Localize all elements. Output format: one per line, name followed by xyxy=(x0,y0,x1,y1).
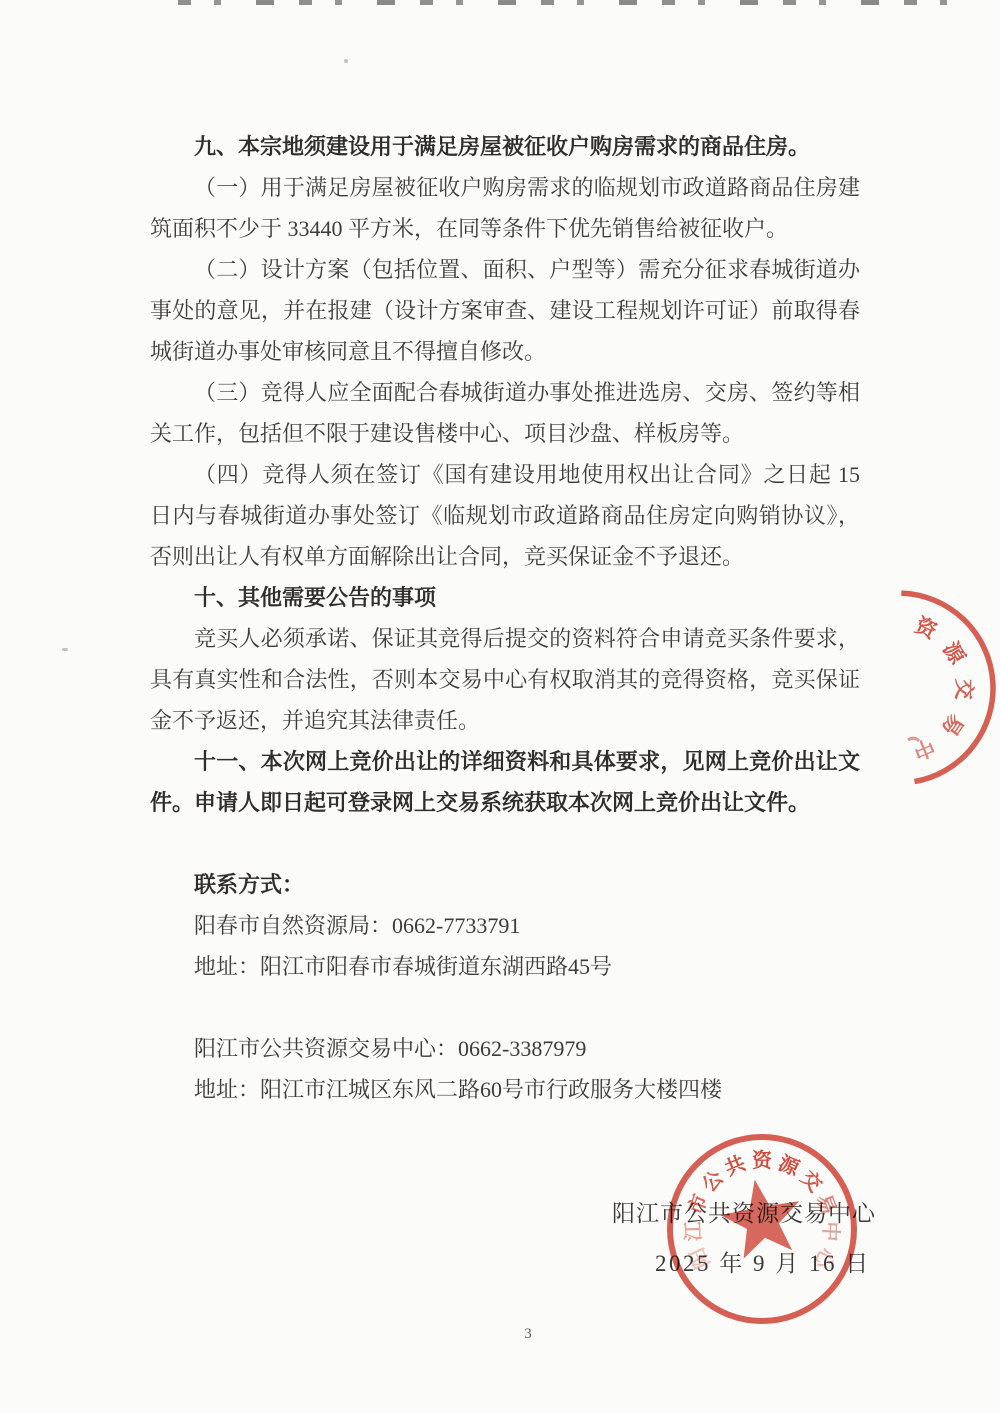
seal-arc-char: 资 xyxy=(911,613,941,644)
seal-arc-char: 资 xyxy=(752,1148,773,1172)
blank-line xyxy=(150,987,860,1028)
section-9-heading: 九、本宗地须建设用于满足房屋被征收户购房需求的商品住房。 xyxy=(150,126,860,167)
clause-4-paragraph: （四）竞得人须在签订《国有建设用地使用权出让合同》之日起 15 日内与春城街道办… xyxy=(150,454,860,577)
blank-line xyxy=(150,823,860,864)
seal-arc-char: 源 xyxy=(938,638,970,669)
seal-arc-char: 中 xyxy=(819,1221,844,1242)
scan-speck xyxy=(344,59,348,63)
contact-yangchun-phone: 阳春市自然资源局：0662-7733791 xyxy=(150,905,860,946)
section-10-paragraph: 竞买人必须承诺、保证其竞得后提交的资料符合申请竞买条件要求，具有真实性和合法性，… xyxy=(150,618,860,741)
seal-bottom: 阳 江 市 公 共 资 源 交 易 中 心 xyxy=(632,1099,892,1359)
star-icon xyxy=(715,1173,807,1262)
clause-3-paragraph: （三）竞得人应全面配合春城街道办事处推进选房、交房、签约等相关工作，包括但不限于… xyxy=(150,372,860,454)
clause-2-paragraph: （二）设计方案（包括位置、面积、户型等）需充分征求春城街道办事处的意见，并在报建… xyxy=(150,249,860,372)
contact-heading: 联系方式： xyxy=(150,864,860,905)
scan-speck xyxy=(62,648,68,651)
seal-arc-char: 共 xyxy=(721,1151,749,1181)
seal-right-partial: 资 源 交 易 中 xyxy=(790,580,1000,795)
seal-arc-char: 源 xyxy=(775,1151,803,1180)
seal-arc-char: 公 xyxy=(698,1166,729,1197)
seal-arc-char: 心 xyxy=(809,1244,839,1273)
clause-1-paragraph: （一）用于满足房屋被征收户购房需求的临规划市政道路商品住房建筑面积不少于 334… xyxy=(150,167,860,249)
section-10-heading: 十、其他需要公告的事项 xyxy=(150,577,860,618)
seal-arc-char: 交 xyxy=(952,678,976,699)
seal-arc-char: 易 xyxy=(812,1191,841,1218)
seal-arc-char: 易 xyxy=(937,709,969,740)
seal-arc-char: 阳 xyxy=(685,1244,714,1272)
document-page: 九、本宗地须建设用于满足房屋被征收户购房需求的商品住房。 （一）用于满足房屋被征… xyxy=(0,0,1000,1413)
seal-arc-char: 交 xyxy=(796,1166,827,1197)
scan-edge-artifacts xyxy=(178,0,978,5)
document-body: 九、本宗地须建设用于满足房屋被征收户购房需求的商品住房。 （一）用于满足房屋被征… xyxy=(150,126,860,1110)
seal-arc-char: 市 xyxy=(683,1191,713,1218)
section-11-paragraph: 十一、本次网上竞价出让的详细资料和具体要求，见网上竞价出让文件。申请人即日起可登… xyxy=(150,741,860,823)
contact-yangjiang-phone: 阳江市公共资源交易中心：0662-3387979 xyxy=(150,1028,860,1069)
contact-yangchun-address: 地址：阳江市阳春市春城街道东湖西路45号 xyxy=(150,946,860,987)
seal-arc-char: 江 xyxy=(682,1220,706,1242)
